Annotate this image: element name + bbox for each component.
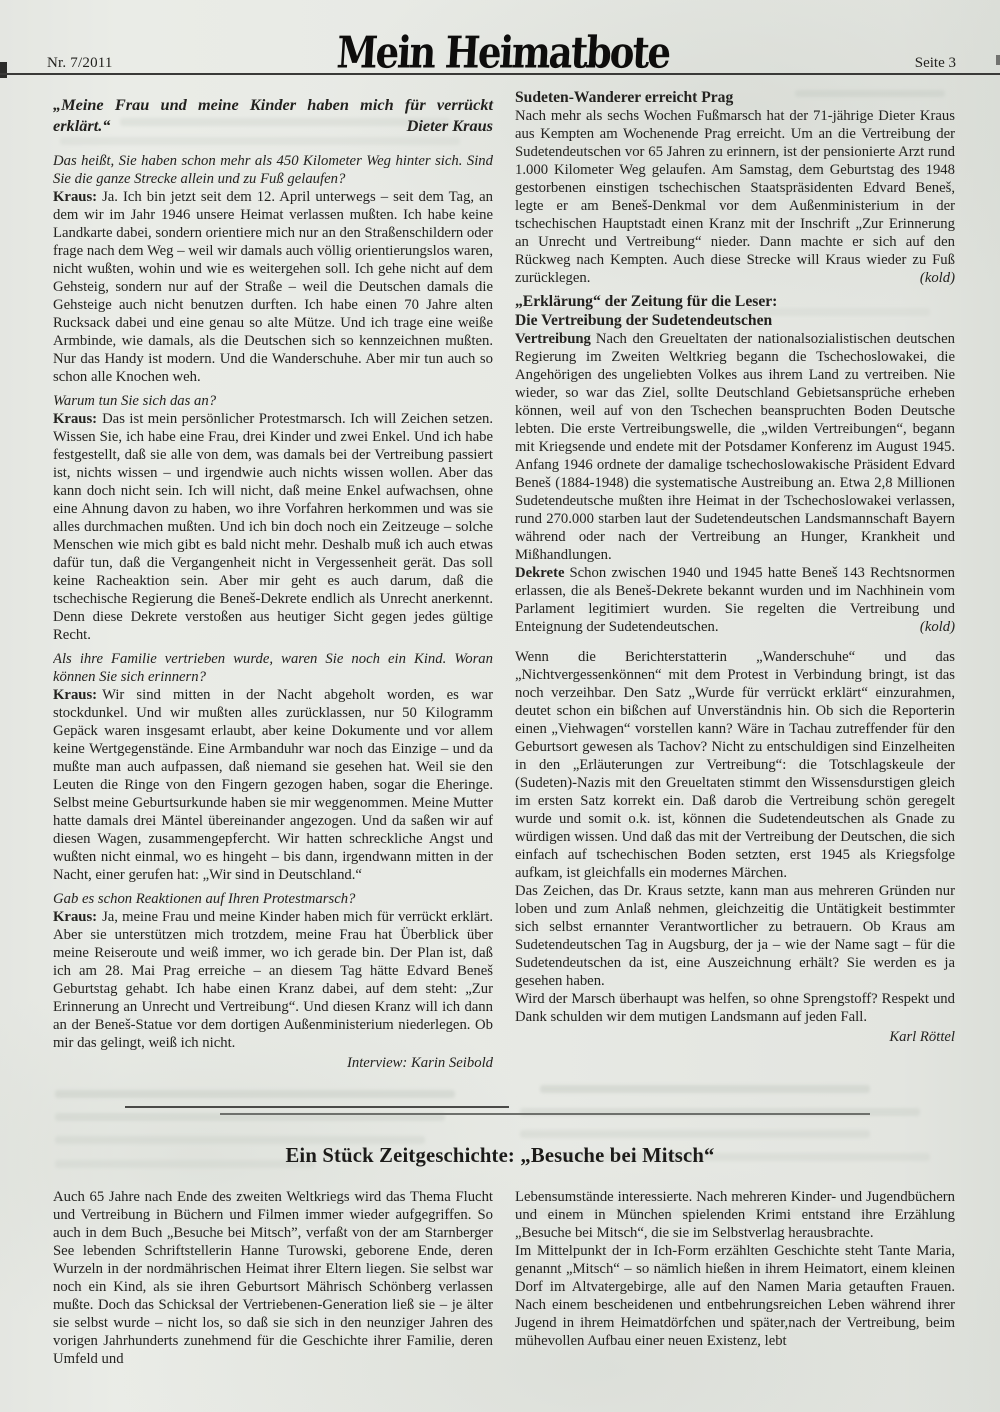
scan-mark-right — [996, 55, 1000, 65]
interview-author: Dieter Kraus — [407, 115, 493, 136]
commentary-paragraph: Das Zeichen, das Dr. Kraus setzte, kann … — [515, 882, 955, 990]
commentary-paragraph: Wird der Marsch überhaupt was helfen, so… — [515, 990, 955, 1026]
scan-mark-left — [0, 62, 7, 78]
explain-paragraph: VertreibungNach den Greueltaten der nati… — [515, 330, 955, 564]
article-heading: Sudeten-Wanderer erreicht Prag — [515, 88, 955, 107]
answer-text: Ja, meine Frau und meine Kinder haben mi… — [53, 909, 493, 1051]
ghost-showthrough — [540, 1085, 870, 1093]
article-text: Nach mehr als sechs Wochen Fußmarsch hat… — [515, 108, 955, 286]
speaker-label: Kraus: — [53, 687, 97, 703]
section-divider-line-1 — [125, 1106, 509, 1108]
answer-paragraph: Kraus:Wir sind mitten in der Nacht abgeh… — [53, 686, 493, 884]
explain-text: Nach den Greueltaten der nationalsoziali… — [515, 331, 955, 563]
bottom-paragraph: Lebensumstände interessierte. Nach mehre… — [515, 1188, 955, 1242]
question-text: Als ihre Familie vertrieben wurde, waren… — [53, 650, 493, 686]
section-heading: Ein Stück Zeitgeschichte: „Besuche bei M… — [20, 1143, 980, 1168]
answer-paragraph: Kraus:Das ist mein persönlicher Protestm… — [53, 410, 493, 644]
article-sig: (kold) — [920, 618, 955, 636]
bottom-columns: Auch 65 Jahre nach Ende des zweiten Welt… — [53, 1188, 956, 1374]
explain-heading-line1: „Erklärung“ der Zeitung für die Leser: — [515, 292, 955, 311]
article-body: Nach mehr als sechs Wochen Fußmarsch hat… — [515, 107, 955, 287]
question-text: Warum tun Sie sich das an? — [53, 392, 493, 410]
bottom-paragraph: Auch 65 Jahre nach Ende des zweiten Welt… — [53, 1188, 493, 1368]
speaker-label: Kraus: — [53, 411, 97, 427]
answer-paragraph: Kraus:Ja. Ich bin jetzt seit dem 12. Apr… — [53, 188, 493, 386]
bottom-paragraph: Im Mittelpunkt der in Ich-Form erzählten… — [515, 1242, 955, 1350]
lead-word: Vertreibung — [515, 331, 591, 347]
answer-text: Ja. Ich bin jetzt seit dem 12. April unt… — [53, 189, 493, 385]
lead-word: Dekrete — [515, 565, 564, 581]
speaker-label: Kraus: — [53, 909, 97, 925]
bottom-right-column: Lebensumstände interessierte. Nach mehre… — [515, 1188, 955, 1374]
answer-text: Das ist mein persönlicher Protestmarsch.… — [53, 411, 493, 643]
page-header: Nr. 7/2011 Mein Heimatbote Seite 3 — [47, 28, 956, 74]
commentary-paragraph: Wenn die Berichterstatterin „Wanderschuh… — [515, 648, 955, 882]
speaker-label: Kraus: — [53, 189, 97, 205]
bottom-left-column: Auch 65 Jahre nach Ende des zweiten Welt… — [53, 1188, 493, 1374]
interview-title: „Meine Frau und meine Kinder haben mich … — [53, 94, 493, 136]
newspaper-page: Nr. 7/2011 Mein Heimatbote Seite 3 „Mein… — [0, 0, 1000, 1412]
ghost-showthrough — [520, 1130, 870, 1138]
ghost-showthrough — [55, 1090, 455, 1098]
answer-text: Wir sind mitten in der Nacht abgeholt wo… — [53, 687, 493, 883]
question-text: Das heißt, Sie haben schon mehr als 450 … — [53, 152, 493, 188]
spacer — [515, 636, 955, 648]
explain-text: Schon zwischen 1940 und 1945 hatte Beneš… — [515, 565, 955, 635]
commentary-byline: Karl Röttel — [515, 1028, 955, 1046]
question-text: Gab es schon Reaktionen auf Ihren Protes… — [53, 890, 493, 908]
header-rule — [0, 73, 1000, 75]
main-columns: „Meine Frau und meine Kinder haben mich … — [53, 88, 956, 1076]
page-number: Seite 3 — [915, 55, 956, 72]
articles-column: Sudeten-Wanderer erreicht Prag Nach mehr… — [515, 88, 955, 1076]
section-divider-line-2 — [220, 1113, 870, 1115]
interview-column: „Meine Frau und meine Kinder haben mich … — [53, 88, 493, 1076]
answer-paragraph: Kraus:Ja, meine Frau und meine Kinder ha… — [53, 908, 493, 1052]
masthead-logo: Mein Heimatbote — [47, 26, 959, 78]
explain-paragraph: DekreteSchon zwischen 1940 und 1945 hatt… — [515, 564, 955, 636]
interview-byline: Interview: Karin Seibold — [53, 1054, 493, 1072]
article-sig: (kold) — [920, 269, 955, 287]
explain-heading-line2: Die Vertreibung der Sudetendeutschen — [515, 311, 955, 330]
